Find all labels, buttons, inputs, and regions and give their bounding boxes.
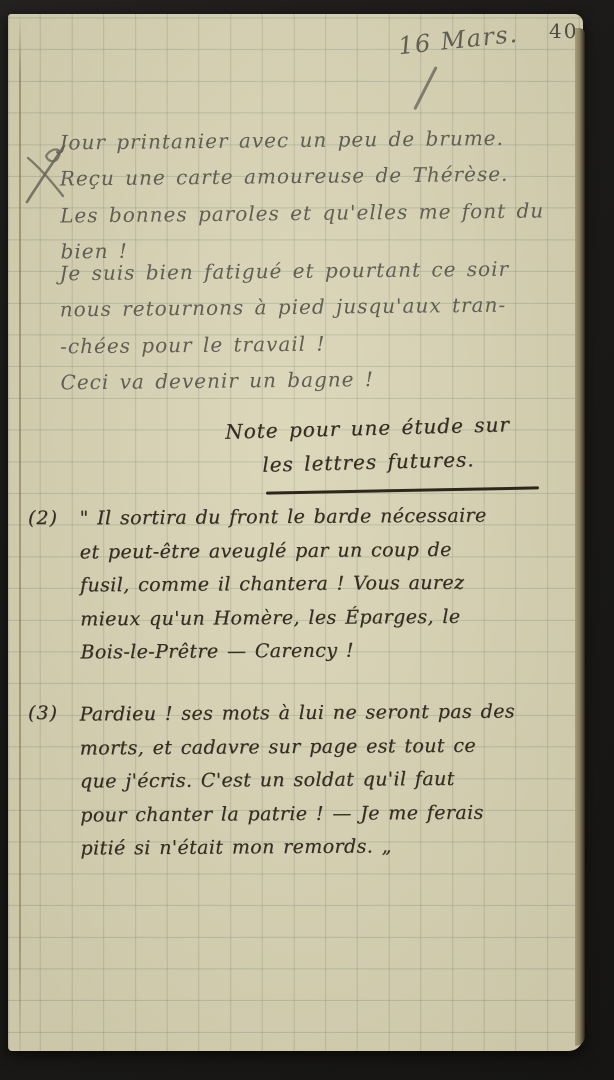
handwritten-line: Pardieu ! ses mots à lui ne seront pas d…	[79, 695, 515, 732]
diary-entry-1: Jour printanier avec un peu de brume. Re…	[59, 119, 545, 270]
handwritten-line: et peut-être aveuglé par un coup de	[80, 533, 487, 569]
handwritten-line: morts, et cadavre sur page est tout ce	[80, 729, 516, 766]
handwritten-line: pitié si n'était mon remords. „	[80, 830, 516, 867]
handwritten-line: que j'écris. C'est un soldat qu'il faut	[80, 763, 516, 800]
handwritten-line: pour chanter la patrie ! — Je me ferais	[80, 796, 516, 833]
scanned-notebook-photo: 40 16 Mars. Jour printanier avec un peu …	[0, 0, 614, 1080]
quote-2: " Il sortira du front le barde nécessair…	[79, 500, 487, 671]
section-divider	[266, 486, 539, 494]
date-heading: 16 Mars.	[397, 20, 520, 60]
handwritten-line: fusil, comme il chantera ! Vous aurez	[80, 567, 487, 603]
binding-crease	[19, 14, 21, 1051]
note-heading: Note pour une étude sur les lettres futu…	[187, 406, 549, 483]
handwritten-line: mieux qu'un Homère, les Éparges, le	[80, 600, 487, 636]
handwritten-line: -chées pour le travail !	[60, 323, 510, 364]
handwritten-line: Les bonnes paroles et qu'elles me font d…	[60, 192, 544, 233]
quote-3: Pardieu ! ses mots à lui ne seront pas d…	[79, 695, 516, 866]
handwritten-line: nous retournons à pied jusqu'aux tran-	[60, 287, 510, 328]
date-flourish-stroke	[413, 66, 437, 110]
quote-2-marker: (2)	[28, 507, 58, 529]
handwritten-line: Ceci va devenir un bagne !	[60, 360, 510, 401]
diary-entry-2: Je suis bien fatigué et pourtant ce soir…	[59, 251, 510, 401]
handwritten-line: Reçu une carte amoureuse de Thérèse.	[60, 156, 544, 197]
handwritten-line: Jour printanier avec un peu de brume.	[59, 119, 543, 160]
handwritten-line: " Il sortira du front le barde nécessair…	[79, 500, 486, 536]
handwritten-line: Bois-le-Prêtre — Carency !	[80, 634, 487, 670]
page-stack-edge	[575, 28, 585, 1046]
quote-3-marker: (3)	[28, 702, 58, 724]
notebook-page: 40 16 Mars. Jour printanier avec un peu …	[8, 14, 583, 1051]
handwritten-line: Je suis bien fatigué et pourtant ce soir	[59, 251, 509, 292]
